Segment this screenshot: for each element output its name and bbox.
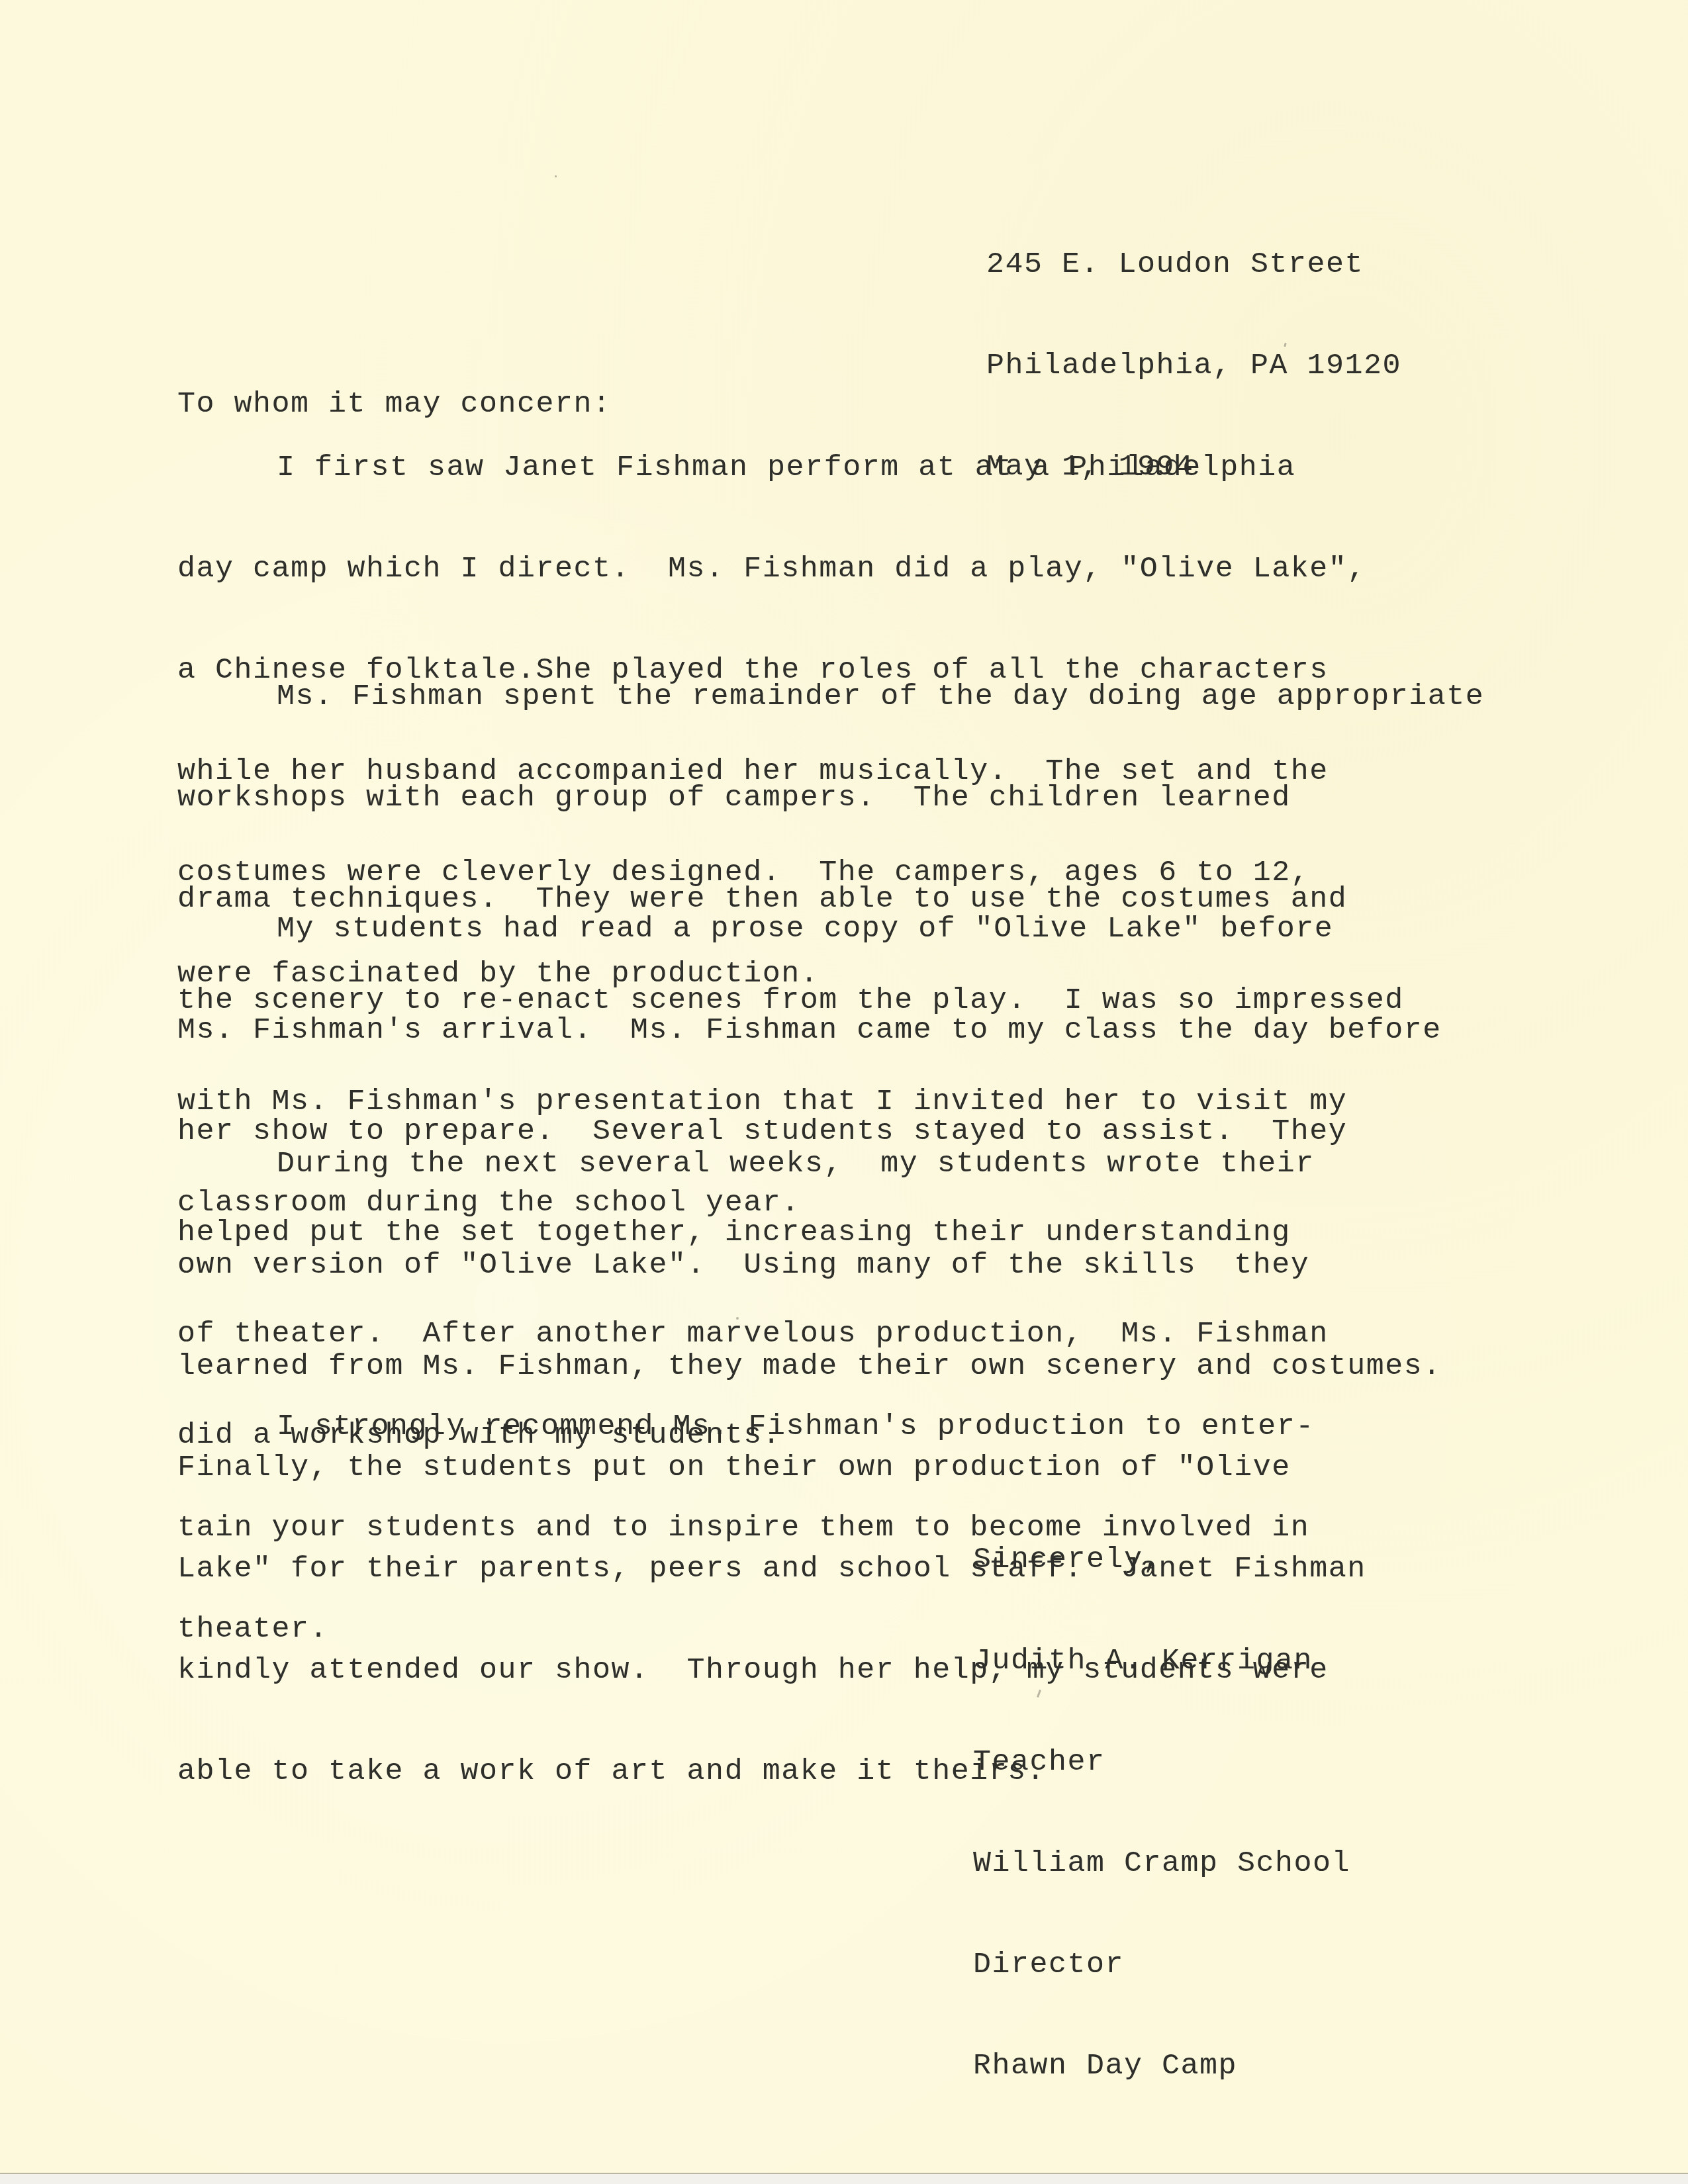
paper-speck bbox=[736, 1317, 739, 1320]
paragraph-line: I strongly recommend Ms. Fishman's produ… bbox=[177, 1410, 1315, 1443]
paragraph-line: Ms. Fishman's arrival. Ms. Fishman came … bbox=[177, 1013, 1442, 1047]
paper-speck bbox=[555, 175, 557, 177]
paragraph-line: own version of "Olive Lake". Using many … bbox=[177, 1248, 1442, 1282]
signer-name: Judith A. Kerrigan bbox=[973, 1644, 1350, 1678]
address-city-state-zip: Philadelphia, PA 19120 bbox=[986, 349, 1401, 383]
paragraph-line: workshops with each group of campers. Th… bbox=[177, 781, 1484, 815]
address-street: 245 E. Loudon Street bbox=[986, 248, 1401, 281]
paragraph-line: day camp which I direct. Ms. Fishman did… bbox=[177, 552, 1366, 586]
paragraph-line: Ms. Fishman spent the remainder of the d… bbox=[177, 680, 1484, 713]
signer-title-1: Teacher bbox=[973, 1745, 1350, 1779]
paragraph-line: I first saw Janet Fishman perform at at … bbox=[177, 451, 1366, 484]
letter-page: 245 E. Loudon Street Philadelphia, PA 19… bbox=[0, 0, 1688, 2174]
closing-valediction: Sincerely, bbox=[973, 1543, 1350, 1576]
paragraph-line: During the next several weeks, my studen… bbox=[177, 1147, 1442, 1181]
paragraph-line: My students had read a prose copy of "Ol… bbox=[177, 912, 1442, 946]
signer-organization-2: Rhawn Day Camp bbox=[973, 2049, 1350, 2083]
signature-block: Sincerely, Judith A. Kerrigan Teacher Wi… bbox=[973, 1475, 1350, 2150]
signer-organization-1: William Cramp School bbox=[973, 1846, 1350, 1880]
signer-title-2: Director bbox=[973, 1948, 1350, 1981]
